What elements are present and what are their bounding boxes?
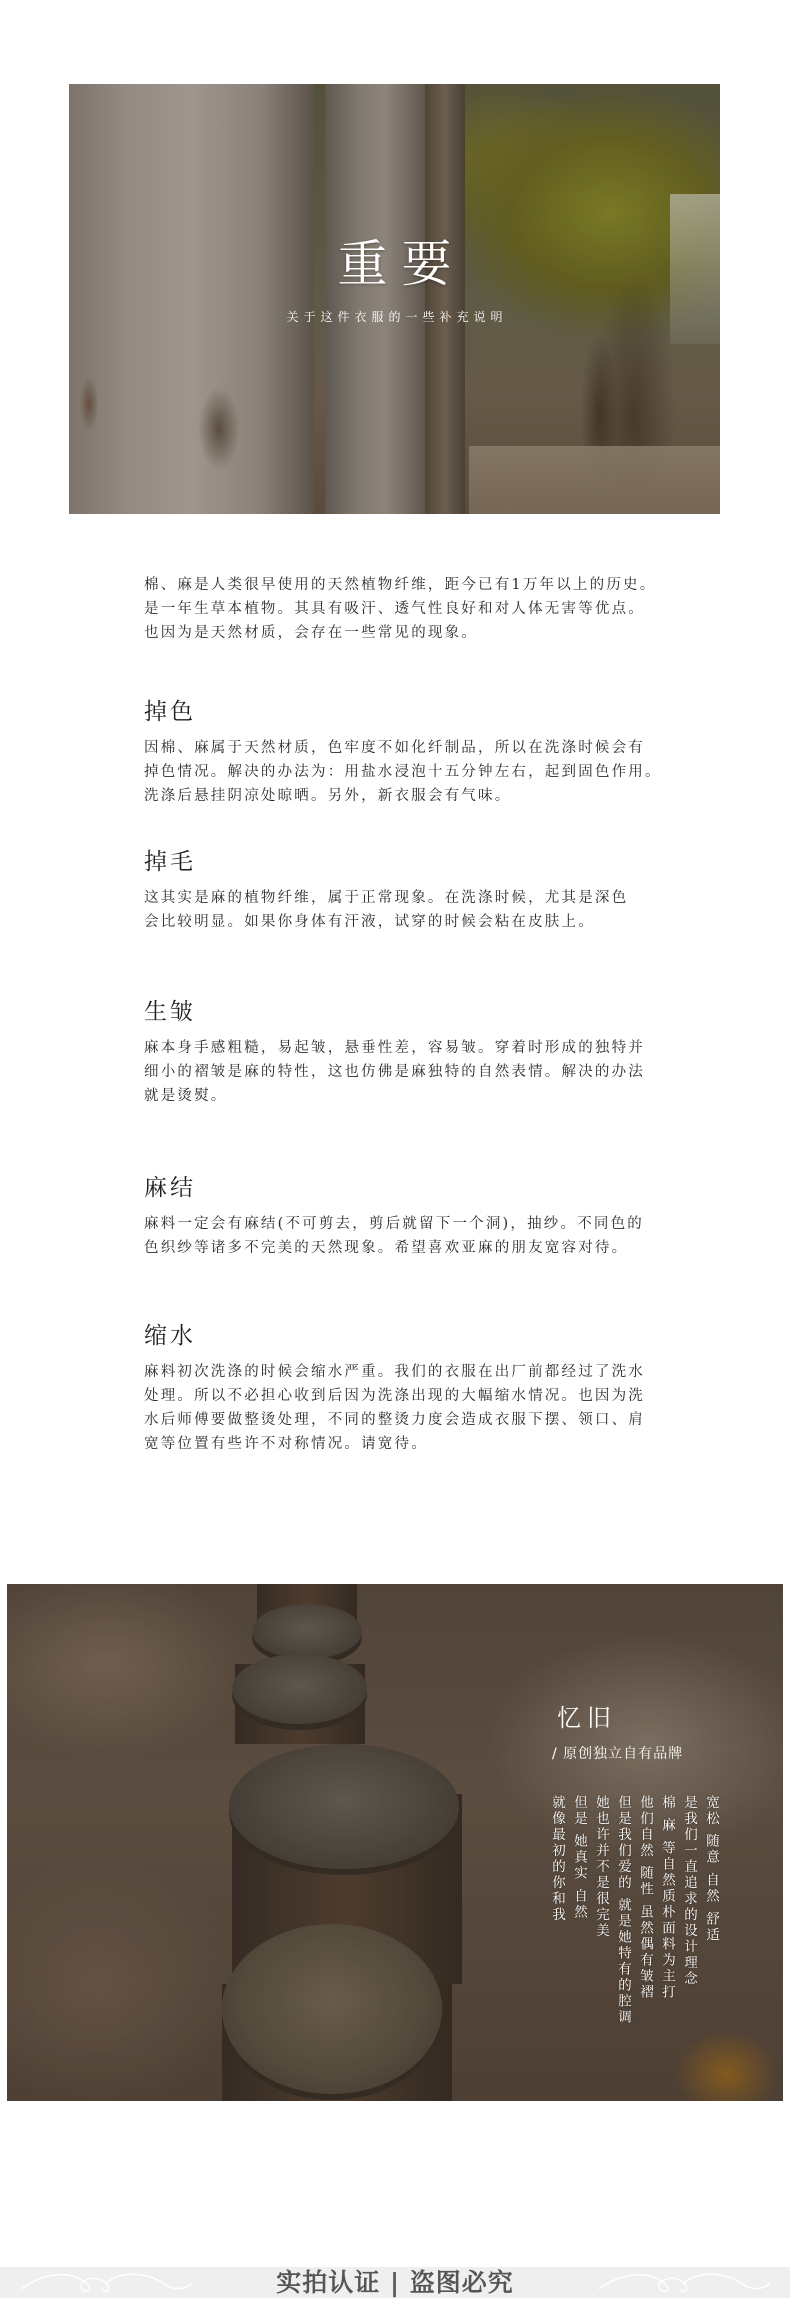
- brand-name: 忆旧: [557, 1698, 617, 1733]
- section-shrinkage: 缩水 麻料初次洗涤的时候会缩水严重。我们的衣服在出厂前都经过了洗水 处理。所以不…: [144, 1321, 664, 1456]
- poem-column: 但是 她真实 自然: [570, 1795, 588, 2045]
- brand-tagline: / 原创独立自有品牌: [552, 1743, 683, 1763]
- poem-column: 就像最初的你和我: [548, 1795, 566, 2045]
- tree-trunk-middle: [325, 84, 425, 514]
- poem-column: 但是我们爱的 就是她特有的腔调: [614, 1795, 632, 2045]
- section-line: 掉色情况。解决的办法为：用盐水浸泡十五分钟左右，起到固色作用。: [144, 760, 664, 784]
- poem-column: 他们自然 随性 虽然偶有皱褶: [636, 1795, 654, 2045]
- section-wrinkling: 生皱 麻本身手感粗糙，易起皱，悬垂性差，容易皱。穿着时形成的独特并 细小的褶皱是…: [144, 997, 664, 1108]
- section-line: 处理。所以不必担心收到后因为洗涤出现的大幅缩水情况。也因为洗: [144, 1384, 664, 1408]
- hero-subtitle: 关于这件衣服的一些补充说明: [69, 308, 720, 325]
- section-line: 就是烫熨。: [144, 1084, 664, 1108]
- intro-paragraph: 棉、麻是人类很早使用的天然植物纤维，距今已有1万年以上的历史。 是一年生草本植物…: [144, 573, 664, 645]
- section-title: 生皱: [144, 997, 664, 1027]
- hero-image: 重要 关于这件衣服的一些补充说明: [69, 84, 720, 514]
- care-notes: 棉、麻是人类很早使用的天然植物纤维，距今已有1万年以上的历史。 是一年生草本植物…: [144, 573, 664, 645]
- leaf-covered-ground: [469, 446, 720, 514]
- section-line: 会比较明显。如果你身体有汗液，试穿的时候会粘在皮肤上。: [144, 910, 664, 934]
- section-linen-knots: 麻结 麻料一定会有麻结(不可剪去，剪后就留下一个洞)，抽纱。不同色的 色织纱等诸…: [144, 1173, 664, 1260]
- flourish-ornament-icon: [16, 2269, 196, 2297]
- intro-line: 棉、麻是人类很早使用的天然植物纤维，距今已有1万年以上的历史。: [144, 573, 664, 597]
- section-color-fading: 掉色 因棉、麻属于天然材质，色牢度不如化纤制品，所以在洗涤时候会有 掉色情况。解…: [144, 697, 664, 808]
- poem-column: 宽松 随意 自然 舒适: [702, 1795, 720, 2045]
- brand-poem: 宽松 随意 自然 舒适 是我们一直追求的设计理念 棉 麻 等自然质朴面料为主打 …: [548, 1795, 720, 2045]
- intro-line: 是一年生草本植物。其具有吸汗、透气性良好和对人体无害等优点。: [144, 597, 664, 621]
- section-title: 掉色: [144, 697, 664, 727]
- poem-column: 棉 麻 等自然质朴面料为主打: [658, 1795, 676, 2045]
- authenticity-banner: 实拍认证 | 盗图必究: [0, 2267, 790, 2298]
- section-line: 水后师傅要做整烫处理，不同的整烫力度会造成衣服下摆、领口、肩: [144, 1408, 664, 1432]
- section-title: 缩水: [144, 1321, 664, 1351]
- flourish-ornament-icon: [594, 2269, 774, 2297]
- section-line: 麻本身手感粗糙，易起皱，悬垂性差，容易皱。穿着时形成的独特并: [144, 1036, 664, 1060]
- authenticity-text: 实拍认证 | 盗图必究: [276, 2267, 514, 2298]
- section-title: 掉毛: [144, 847, 664, 877]
- hero-title: 重要: [69, 224, 720, 296]
- section-line: 这其实是麻的植物纤维，属于正常现象。在洗涤时候，尤其是深色: [144, 886, 664, 910]
- intro-line: 也因为是天然材质，会存在一些常见的现象。: [144, 621, 664, 645]
- tree-trunk-back: [425, 84, 465, 514]
- section-line: 麻料初次洗涤的时候会缩水严重。我们的衣服在出厂前都经过了洗水: [144, 1360, 664, 1384]
- section-lint-shedding: 掉毛 这其实是麻的植物纤维，属于正常现象。在洗涤时候，尤其是深色 会比较明显。如…: [144, 847, 664, 934]
- section-line: 宽等位置有些许不对称情况。请宽待。: [144, 1432, 664, 1456]
- section-line: 细小的褶皱是麻的特性，这也仿佛是麻独特的自然表情。解决的办法: [144, 1060, 664, 1084]
- tree-trunk-foreground: [69, 84, 314, 514]
- section-line: 因棉、麻属于天然材质，色牢度不如化纤制品，所以在洗涤时候会有: [144, 736, 664, 760]
- section-line: 洗涤后悬挂阴凉处晾晒。另外，新衣服会有气味。: [144, 784, 664, 808]
- poem-column: 是我们一直追求的设计理念: [680, 1795, 698, 2045]
- section-title: 麻结: [144, 1173, 664, 1203]
- poem-column: 她也许并不是很完美: [592, 1795, 610, 2045]
- section-line: 色织纱等诸多不完美的天然现象。希望喜欢亚麻的朋友宽容对待。: [144, 1236, 664, 1260]
- section-line: 麻料一定会有麻结(不可剪去，剪后就留下一个洞)，抽纱。不同色的: [144, 1212, 664, 1236]
